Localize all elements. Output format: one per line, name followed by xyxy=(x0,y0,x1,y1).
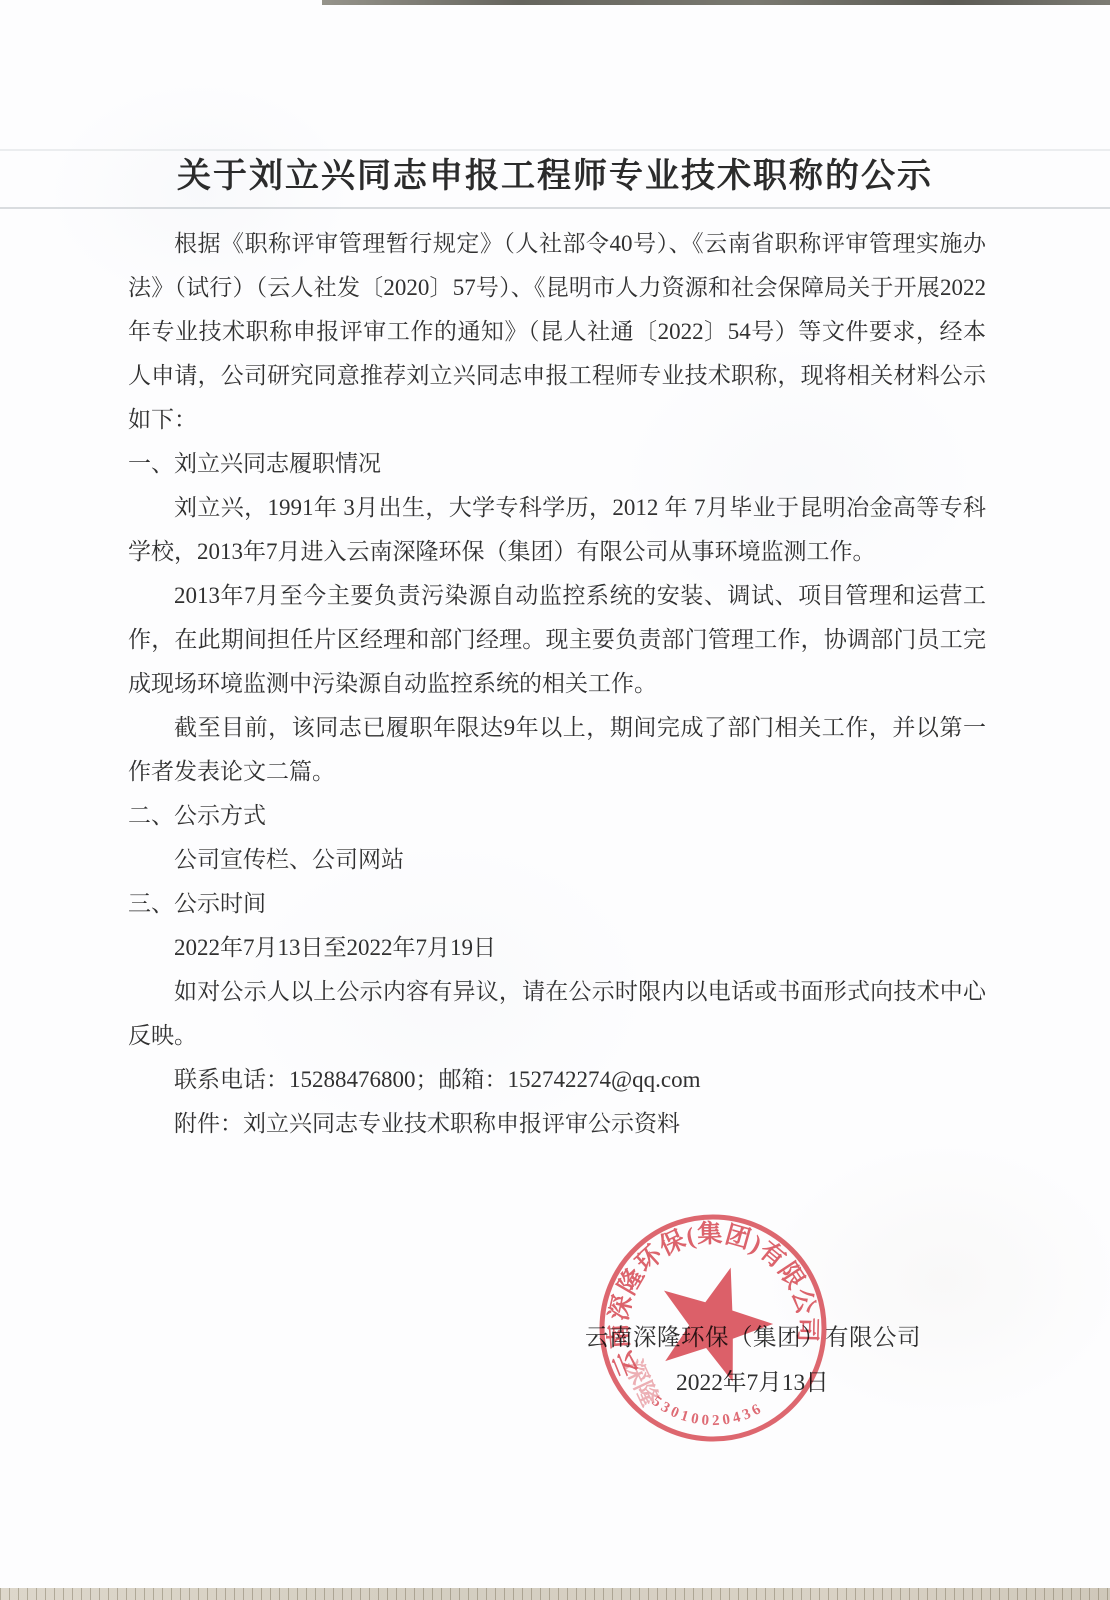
intro-paragraph: 根据《职称评审管理暂行规定》（人社部令40号）、《云南省职称评审管理实施办法》（… xyxy=(128,222,986,442)
scan-edge-strip-top xyxy=(322,0,1110,5)
contact-line: 联系电话：15288476800；邮箱：152742274@qq.com xyxy=(128,1058,986,1102)
section-2-paragraph-1: 公司宣传栏、公司网站 xyxy=(128,838,986,882)
scanned-page: 关于刘立兴同志申报工程师专业技术职称的公示 根据《职称评审管理暂行规定》（人社部… xyxy=(0,0,1110,1600)
attachment-line: 附件：刘立兴同志专业技术职称申报评审公示资料 xyxy=(128,1102,986,1146)
section-1-paragraph-2: 2013年7月至今主要负责污染源自动监控系统的安装、调试、项目管理和运营工作，在… xyxy=(128,574,986,706)
scan-artifact-line xyxy=(0,207,1110,209)
scan-artifact-line xyxy=(0,149,1110,151)
section-1-paragraph-1: 刘立兴，1991年 3月出生，大学专科学历，2012 年 7月毕业于昆明冶金高等… xyxy=(128,486,986,574)
page-title: 关于刘立兴同志申报工程师专业技术职称的公示 xyxy=(0,152,1110,202)
section-2-heading: 二、公示方式 xyxy=(128,794,986,838)
publicity-period-line: 2022年7月13日至2022年7月19日 xyxy=(128,926,986,970)
objection-paragraph: 如对公示人以上公示内容有异议，请在公示时限内以电话或书面形式向技术中心反映。 xyxy=(128,970,986,1058)
section-1-paragraph-3: 截至目前，该同志已履职年限达9年以上，期间完成了部门相关工作，并以第一作者发表论… xyxy=(128,706,986,794)
document-body: 根据《职称评审管理暂行规定》（人社部令40号）、《云南省职称评审管理实施办法》（… xyxy=(128,222,986,1146)
scan-edge-strip-bottom xyxy=(0,1588,1110,1600)
star-icon xyxy=(644,1251,785,1388)
section-3-heading: 三、公示时间 xyxy=(128,882,986,926)
section-1-heading: 一、刘立兴同志履职情况 xyxy=(128,442,986,486)
company-seal-stamp: 云南深隆环保(集团)有限公司 53010020436 深隆 xyxy=(588,1201,838,1451)
